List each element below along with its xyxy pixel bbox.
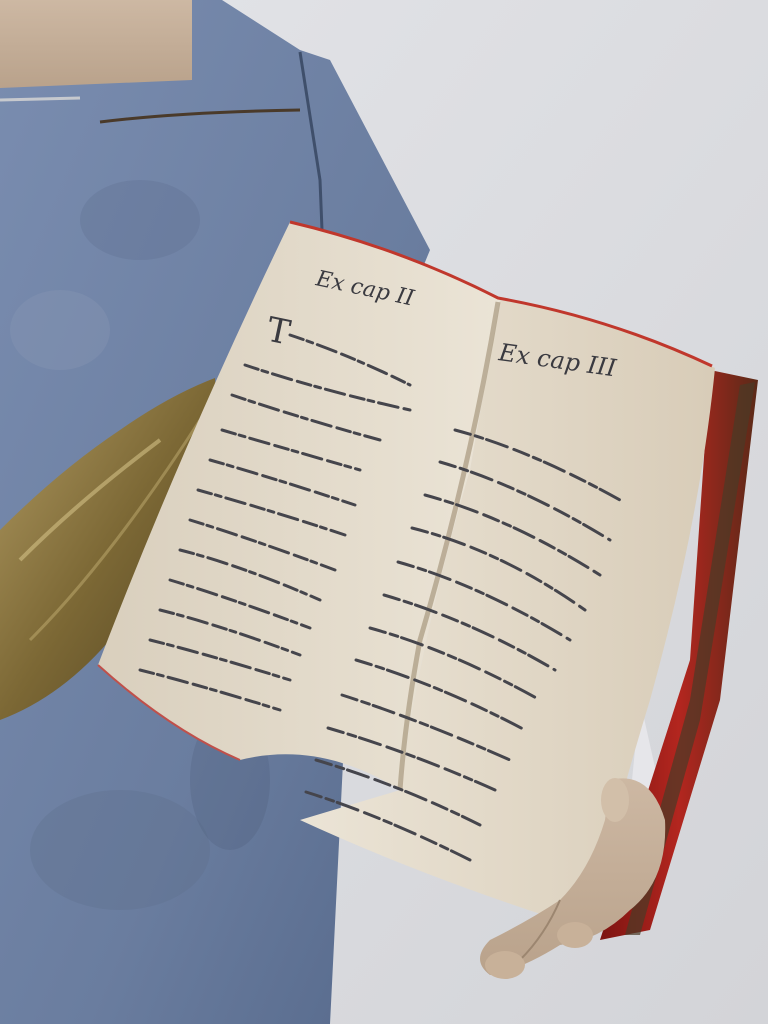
neck bbox=[0, 0, 192, 88]
photo-scene: Ex cap II Ex cap III T bbox=[0, 0, 768, 1024]
figure-illustration: Ex cap II Ex cap III T bbox=[0, 0, 768, 1024]
